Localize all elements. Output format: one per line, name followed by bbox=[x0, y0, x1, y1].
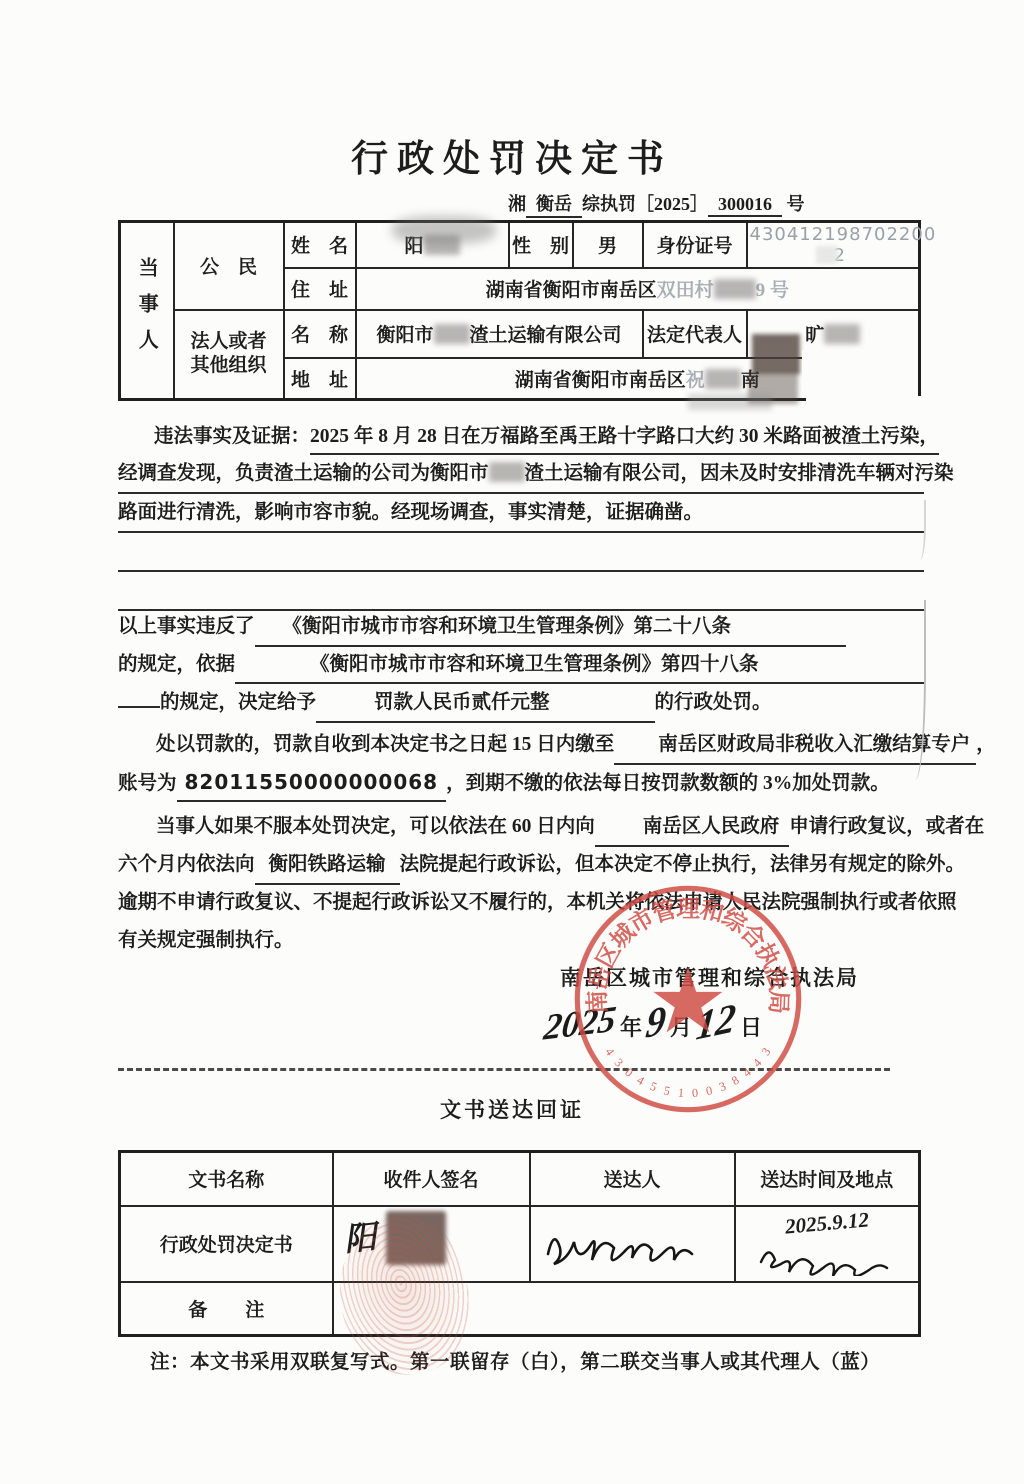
date-year-handwritten: 2025 bbox=[542, 997, 619, 1049]
payment-section: 处以罚款的，罚款自收到本决定书之日起 15 日内缴至南岳区财政局非税收入汇缴结算… bbox=[118, 726, 924, 802]
delivery-date-handwritten: 2025.9.12 bbox=[784, 1207, 870, 1239]
org-label-line2: 其他组织 bbox=[177, 354, 281, 378]
penalty-amount: 罚款人民币贰仟元整 bbox=[316, 685, 655, 723]
remark-label: 备 注 bbox=[120, 1282, 333, 1336]
name-label: 姓 名 bbox=[284, 222, 356, 268]
violated-clause: 《衡阳市城市市容和环境卫生管理条例》第二十八条 bbox=[255, 609, 847, 647]
appeal-section: 当事人如果不服本处罚决定，可以依法在 60 日内向南岳区人民政府申请行政复议，或… bbox=[118, 808, 924, 960]
document-number: 湘衡岳综执罚［2025］300016 号 bbox=[508, 190, 805, 218]
docno-suffix: 号 bbox=[787, 194, 805, 214]
recipient-signature-redaction bbox=[386, 1211, 446, 1265]
payment-text-2a: 账号为 bbox=[118, 773, 177, 794]
id-redaction bbox=[816, 246, 838, 264]
docno-prefix: 湘 bbox=[508, 194, 526, 214]
residence-label: 住 址 bbox=[284, 268, 356, 310]
facts-line-1-text: 2025 年 8 月 28 日在万福路至禹王路十字路口大约 30 米路面被渣土污… bbox=[310, 418, 939, 455]
basis-line: 的规定，依据《衡阳市城市市容和环境卫生管理条例》第四十八条 bbox=[118, 646, 924, 684]
month-char: 月 bbox=[670, 1015, 692, 1040]
facts-label: 违法事实及证据： bbox=[118, 418, 310, 455]
facts-redaction bbox=[489, 462, 525, 482]
facts-section: 违法事实及证据： 2025 年 8 月 28 日在万福路至禹王路十字路口大约 3… bbox=[118, 418, 924, 611]
citizen-label: 公 民 bbox=[174, 222, 284, 310]
document-title: 行政处罚决定书 bbox=[0, 128, 1024, 182]
facts-line-1: 违法事实及证据： 2025 年 8 月 28 日在万福路至禹王路十字路口大约 3… bbox=[118, 418, 924, 455]
footer-note: 注：本文书采用双联复写式。第一联留存（白），第二联交当事人或其代理人（蓝） bbox=[150, 1346, 880, 1374]
appeal-line-4: 有关规定强制执行。 bbox=[118, 922, 924, 960]
receipt-header-doc-name: 文书名称 bbox=[120, 1152, 333, 1206]
delivery-place-scribble bbox=[747, 1236, 907, 1276]
receipt-header-deliverer: 送达人 bbox=[530, 1152, 735, 1206]
gender-value: 男 bbox=[573, 222, 643, 268]
id-text-a: 430412198702200 bbox=[750, 224, 937, 245]
appeal-text-1a: 当事人如果不服本处罚决定，可以依法在 60 日内向 bbox=[156, 816, 595, 837]
legal-rep-redaction bbox=[824, 324, 860, 344]
issuing-authority: 南岳区城市管理和综合执法局 bbox=[560, 962, 859, 992]
organization-label: 法人或者 其他组织 bbox=[174, 310, 284, 400]
org-addr-text-b: 祝 bbox=[686, 370, 705, 391]
residence-text-a: 湖南省衡阳市南岳区 bbox=[486, 280, 657, 301]
date-month-handwritten: 9 bbox=[644, 995, 669, 1048]
basis-prefix: 的规定，依据 bbox=[118, 646, 235, 684]
tear-line bbox=[118, 1068, 890, 1071]
court-name: 衡阳铁路运输 bbox=[255, 847, 400, 885]
page-curl-artifact-small bbox=[916, 500, 926, 560]
decision-suffix: 的行政处罚。 bbox=[655, 692, 772, 713]
residence-text-b: 双田村 bbox=[657, 280, 714, 301]
payment-line-1: 处以罚款的，罚款自收到本决定书之日起 15 日内缴至南岳区财政局非税收入汇缴结算… bbox=[118, 726, 924, 764]
facts-line-2a: 经调查发现，负责渣土运输的公司为衡阳市 bbox=[118, 463, 489, 484]
deliverer-signature-scribble bbox=[540, 1216, 725, 1272]
facts-line-2b: 渣土运输有限公司，因未及时安排清洗车辆对污染 bbox=[525, 463, 954, 484]
payment-line-2: 账号为82011550000000068，到期不缴的依法每日按罚款数额的 3%加… bbox=[118, 764, 924, 802]
svg-text:5: 5 bbox=[648, 1079, 659, 1094]
remark-value-cell bbox=[333, 1282, 920, 1336]
org-addr-redaction bbox=[705, 369, 741, 389]
day-char: 日 bbox=[740, 1015, 762, 1040]
delivery-receipt-table: 文书名称 收件人签名 送达人 送达时间及地点 行政处罚决定书 阳 2025.9.… bbox=[118, 1150, 921, 1337]
date-day-handwritten: 12 bbox=[694, 993, 738, 1050]
basis-clause: 《衡阳市城市市容和环境卫生管理条例》第四十八条 bbox=[235, 646, 924, 684]
decision-date: 2025年9月12日 bbox=[540, 998, 762, 1045]
org-name-label: 名 称 bbox=[284, 310, 356, 358]
scan-white-block-1 bbox=[802, 350, 918, 392]
appeal-line-2: 六个月内依法向衡阳铁路运输法院提起行政诉讼，但本决定不停止执行，法律另有规定的除… bbox=[118, 846, 924, 884]
org-addr-text-a: 湖南省衡阳市南岳区 bbox=[515, 370, 686, 391]
id-value: 4304121987022002 bbox=[747, 222, 920, 268]
decision-mid: 的规定，决定给予 bbox=[160, 692, 316, 713]
receipt-doc-name: 行政处罚决定书 bbox=[120, 1206, 333, 1282]
party-info-table: 当事人 公 民 姓 名 阳 性 别 男 身份证号 430412198702200… bbox=[118, 220, 921, 401]
facts-line-2: 经调查发现，负责渣土运输的公司为衡阳市渣土运输有限公司，因未及时安排清洗车辆对污… bbox=[118, 455, 924, 494]
svg-text:3: 3 bbox=[759, 1045, 774, 1058]
org-label-line1: 法人或者 bbox=[177, 330, 281, 354]
year-char: 年 bbox=[620, 1015, 642, 1040]
svg-text:4: 4 bbox=[602, 1045, 617, 1058]
payment-text-1c: ， bbox=[976, 734, 996, 755]
appeal-text-1c: 申请行政复议，或者在 bbox=[789, 816, 984, 837]
appeal-line-3: 逾期不申请行政复议、不提起行政诉讼又不履行的，本机关将依法申请人民法院强制执行或… bbox=[118, 884, 924, 922]
gender-label: 性 别 bbox=[509, 222, 573, 268]
org-name-text-a: 衡阳市 bbox=[376, 325, 433, 346]
party-label: 当事人 bbox=[120, 222, 174, 400]
svg-text:4: 4 bbox=[635, 1073, 647, 1088]
org-addr-label: 地 址 bbox=[284, 358, 356, 400]
org-name-redaction bbox=[434, 324, 470, 344]
appeal-line-1: 当事人如果不服本处罚决定，可以依法在 60 日内向南岳区人民政府申请行政复议，或… bbox=[118, 808, 924, 846]
residence-text-c: 9 号 bbox=[756, 280, 789, 301]
account-number: 82011550000000068 bbox=[177, 764, 447, 802]
legal-rep-label: 法定代表人 bbox=[643, 310, 747, 358]
facts-line-3: 路面进行清洗，影响市容市貌。经现场调查，事实清楚，证据确凿。 bbox=[118, 494, 924, 533]
docno-region: 衡岳 bbox=[526, 190, 582, 218]
svg-text:局: 局 bbox=[764, 990, 792, 1014]
decision-line: 的规定，决定给予罚款人民币贰仟元整的行政处罚。 bbox=[118, 684, 924, 722]
review-authority: 南岳区人民政府 bbox=[595, 809, 790, 847]
payment-text-2b: ，到期不缴的依法每日按罚款数额的 3%加处罚款。 bbox=[446, 773, 890, 794]
appeal-text-2c: 法院提起行政诉讼，但本决定不停止执行，法律另有规定的除外。 bbox=[400, 854, 966, 875]
docno-serial: 300016 bbox=[708, 194, 782, 217]
scan-grey-block bbox=[688, 394, 772, 410]
svg-text:8: 8 bbox=[729, 1073, 741, 1088]
facts-blank-line-1 bbox=[118, 533, 924, 572]
residence-value: 湖南省衡阳市南岳区双田村9 号 bbox=[356, 268, 920, 310]
redaction-square-1 bbox=[752, 334, 800, 374]
receipt-title: 文书送达回证 bbox=[0, 1094, 1024, 1124]
payment-text-1a: 处以罚款的，罚款自收到本决定书之日起 15 日内缴至 bbox=[156, 734, 614, 755]
id-label: 身份证号 bbox=[643, 222, 747, 268]
org-name-value: 衡阳市渣土运输有限公司 bbox=[356, 310, 643, 358]
svg-text:3: 3 bbox=[717, 1079, 728, 1094]
recipient-signature-handwritten: 阳 bbox=[341, 1211, 378, 1260]
delivery-time-cell: 2025.9.12 bbox=[735, 1206, 920, 1282]
deliverer-signature-cell bbox=[530, 1206, 735, 1282]
scan-smudge-name bbox=[392, 216, 496, 244]
facts-blank-line-2 bbox=[118, 572, 924, 611]
violated-prefix: 以上事实违反了 bbox=[118, 616, 255, 637]
receipt-header-recipient: 收件人签名 bbox=[333, 1152, 530, 1206]
org-name-text-b: 渣土运输有限公司 bbox=[470, 325, 622, 346]
scan-white-block-2 bbox=[806, 396, 928, 414]
residence-redaction bbox=[714, 279, 756, 299]
blank-underline bbox=[118, 706, 160, 708]
violated-line: 以上事实违反了《衡阳市城市市容和环境卫生管理条例》第二十八条 bbox=[118, 608, 924, 646]
appeal-text-2a: 六个月内依法向 bbox=[118, 854, 255, 875]
ruling-section: 以上事实违反了《衡阳市城市市容和环境卫生管理条例》第二十八条 的规定，依据《衡阳… bbox=[118, 608, 924, 722]
legal-rep-text: 旷 bbox=[805, 325, 824, 346]
docno-mid: 综执罚［2025］ bbox=[582, 194, 708, 214]
recipient-signature-cell: 阳 bbox=[333, 1206, 530, 1282]
receipt-header-time-place: 送达时间及地点 bbox=[735, 1152, 920, 1206]
document-page: 行政处罚决定书 湘衡岳综执罚［2025］300016 号 当事人 公 民 姓 名… bbox=[0, 0, 1024, 1484]
